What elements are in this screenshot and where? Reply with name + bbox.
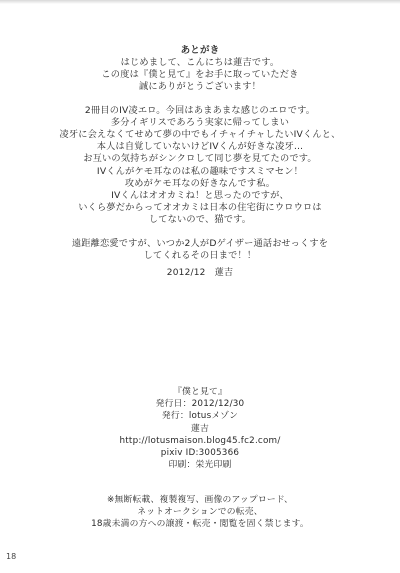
body-line: IVくんはオオカミね！と思ったのですが、 xyxy=(0,190,400,202)
publish-date: 発行日：2012/12/30 xyxy=(0,398,400,410)
afterword-title: あとがき xyxy=(0,45,400,57)
closing-line: してくれるその日まで！！ xyxy=(0,250,400,262)
body-line: してないので、猫です。 xyxy=(0,214,400,226)
afterword-section: あとがき はじめまして、こんにちは蓮吉です。 この度は『僕と見て』をお手に取って… xyxy=(0,45,400,279)
body-line: 凌牙に会えなくてせめて夢の中でもイチャイチャしたいIVくんと、 xyxy=(0,129,400,141)
body-line: 多分イギリスであろう実家に帰ってしまい xyxy=(0,117,400,129)
book-title: 『僕と見て』 xyxy=(0,386,400,398)
warning-line: 18歳未満の方への譲渡・転売・閲覧を固く禁じます。 xyxy=(0,518,400,530)
greeting-line: 誠にありがとうございます！ xyxy=(0,81,400,93)
author-name: 蓮吉 xyxy=(0,423,400,435)
pixiv-id: pixiv ID:3005366 xyxy=(0,447,400,459)
body-line: 本人は自覚していないけどIVくんが好きな凌牙… xyxy=(0,141,400,153)
body-line: お互いの気持ちがシンクロして同じ夢を見てたのです。 xyxy=(0,153,400,165)
page-number: 18 xyxy=(6,552,16,561)
website-url: http://lotusmaison.blog45.fc2.com/ xyxy=(0,435,400,447)
printer: 印刷：栄光印刷 xyxy=(0,459,400,471)
copyright-warning: ※無断転載、複製複写、画像のアップロード、 ネットオークションでの転売、 18歳… xyxy=(0,494,400,531)
greeting-line: はじめまして、こんにちは蓮吉です。 xyxy=(0,57,400,69)
afterword-signature: 2012/12 蓮吉 xyxy=(0,267,400,279)
scan-edge xyxy=(0,0,400,4)
body-line: いくら夢だからってオオカミは日本の住宅街にウロウロは xyxy=(0,202,400,214)
warning-line: ※無断転載、複製複写、画像のアップロード、 xyxy=(0,494,400,506)
publisher: 発行：lotusメゾン xyxy=(0,410,400,422)
warning-line: ネットオークションでの転売、 xyxy=(0,506,400,518)
body-line: 2冊目のIV凌エロ。今回はあまあまな感じのエロです。 xyxy=(0,105,400,117)
colophon-section: 『僕と見て』 発行日：2012/12/30 発行：lotusメゾン 蓮吉 htt… xyxy=(0,386,400,471)
greeting-line: この度は『僕と見て』をお手に取っていただき xyxy=(0,69,400,81)
body-line: IVくんがケモ耳なのは私の趣味ですスミマセン！ xyxy=(0,166,400,178)
closing-line: 遠距離恋愛ですが、いつか2人がDゲイザー通話おせっくすを xyxy=(0,238,400,250)
body-line: 攻めがケモ耳なの好きなんです私。 xyxy=(0,178,400,190)
